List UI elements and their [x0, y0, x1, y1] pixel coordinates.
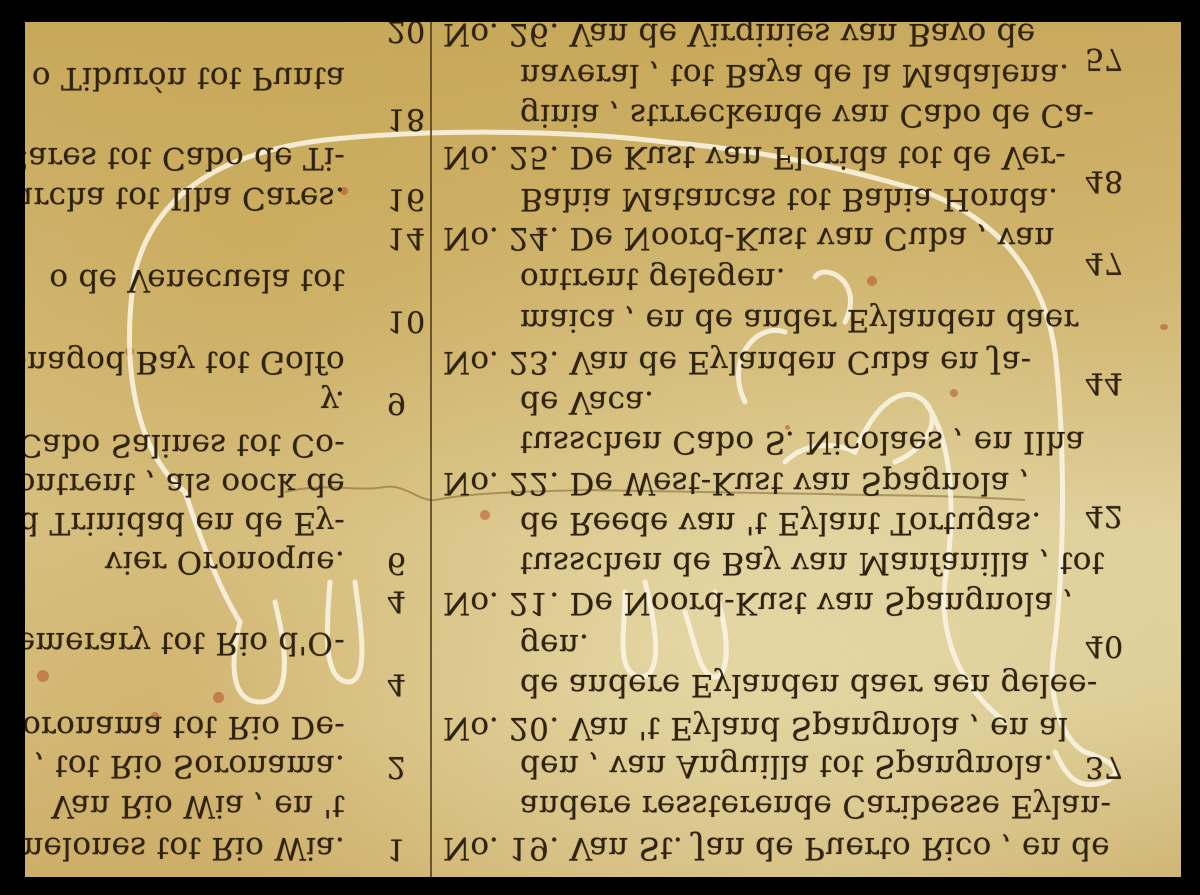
right_column-text-line: ontrent gelegen. [520, 261, 786, 297]
page-reference-number: 1 [387, 830, 406, 866]
right_column-text-line: gen. [520, 627, 589, 663]
foxing-spot [1160, 324, 1168, 330]
left_column-text-line: o de Venecuela tot [49, 262, 345, 298]
right_column-text-line: No. 19. Van St. Jan de Puerto Rico , en … [443, 830, 1110, 866]
page-reference-number: 6 [387, 544, 406, 580]
right_column-text-line: No. 21. De Noord-Kust van Spangnola , [443, 585, 1073, 621]
right_column-text-line: de andere Eylanden daer aen gelee- [520, 667, 1098, 703]
right_column-text-line: No. 22. De West-Kust van Spagnola , [443, 465, 1030, 501]
right_column-text-line: No. 25. De Kust van Florida tot de Ver- [443, 139, 1066, 175]
right_column-text-line: tusschen de Bay van Manfanilla , tot [520, 545, 1105, 581]
page-reference-number: 47 [1085, 244, 1123, 280]
page-reference-number: 4 [387, 582, 406, 618]
page-reference-number: 42 [1085, 497, 1123, 533]
right_column-text-line: den , van Anguilla tot Spangnola. [520, 748, 1053, 784]
page-reference-number: 4 [387, 665, 406, 701]
page-reference-number: 57 [1085, 40, 1123, 76]
foxing-spot [480, 510, 490, 520]
column-divider-rule [430, 22, 432, 877]
left_column-text-line: o Tiburón tot Punta [32, 60, 345, 96]
foxing-spot [213, 692, 224, 703]
page-reference-number: 40 [1085, 627, 1123, 663]
left_column-text-line: vier Oronoque. [105, 544, 345, 580]
left_column-text-line: nd Trinidad en de Ey- [25, 505, 345, 541]
page-reference-number: 9 [387, 384, 406, 420]
left_column-text-line: oronama tot Rio De- [25, 709, 345, 745]
left_column-text-line: ontrent , als oock de [25, 466, 345, 502]
right_column-text-line: de Reede van 't Eylant Tortugas. [520, 505, 1041, 541]
page-reference-number: 48 [1085, 162, 1123, 198]
left_column-text-line: urcha tot Ilha Cares. [25, 180, 345, 216]
right_column-text-line: tusschen Cabo S. Nicolaes , en Ilha [520, 424, 1085, 460]
page-reference-number: 16 [387, 180, 425, 216]
foxing-spot [37, 670, 49, 682]
left_column-text-line: y. [321, 384, 345, 420]
left_column-text-line: Van Rio Wia , en 't [51, 788, 345, 824]
left_column-text-line: a , tot Rio Soronama. [25, 748, 345, 784]
foxing-spot [867, 276, 877, 286]
page-reference-number: 10 [387, 302, 425, 338]
page-reference-number: 18 [387, 100, 425, 136]
right_column-text-line: naveral , tot Baya de la Madalena. [520, 57, 1069, 93]
right_column-text-line: de Vaca. [520, 384, 654, 420]
right_column-text-line: ginia , strreckende van Cabo de Ca- [520, 97, 1094, 133]
right_column-text-line: No. 24. De Noord-Kust van Cuba , van [443, 220, 1055, 256]
right_column-text-line: No. 23. Van de Eylanden Cuba en Ja- [443, 344, 1031, 380]
page-reference-number: 14 [387, 219, 425, 255]
left_column-text-line: emerary tot Rio d'O- [25, 625, 345, 661]
right_column-text-line: No. 20. Van 't Eyland Spangnola , en al [443, 710, 1068, 746]
right_column-text-line: Bahia Matancas tot Bahia Honda. [520, 181, 1058, 217]
page-reference-number: 44 [1085, 364, 1123, 400]
left_column-text-line: n Cabo Salines tot Co- [25, 427, 345, 463]
left_column-text-line: Cares tot Cabo de Ti- [25, 140, 345, 176]
right_column-text-line: maica , en de ander Eylanden daer [520, 302, 1079, 338]
page-reference-number: 37 [1085, 748, 1123, 784]
left_column-text-line: amelones tot Rio Wia. [25, 830, 345, 866]
aged-paper-page: o Tiburón tot PuntaCares tot Cabo de Ti-… [25, 22, 1181, 877]
page-reference-number: 20 [387, 22, 425, 48]
page-reference-number: 2 [387, 748, 406, 784]
foxing-spot [950, 389, 958, 397]
right_column-text-line: andere ressterende Caribesse Eylan- [520, 788, 1111, 824]
right_column-text-line: No. 26. Van de Virginies van Bayo de [443, 22, 1035, 52]
left_column-text-line: onagod Bay tot Golfo [25, 344, 345, 380]
black-border-frame: o Tiburón tot PuntaCares tot Cabo de Ti-… [0, 0, 1200, 895]
